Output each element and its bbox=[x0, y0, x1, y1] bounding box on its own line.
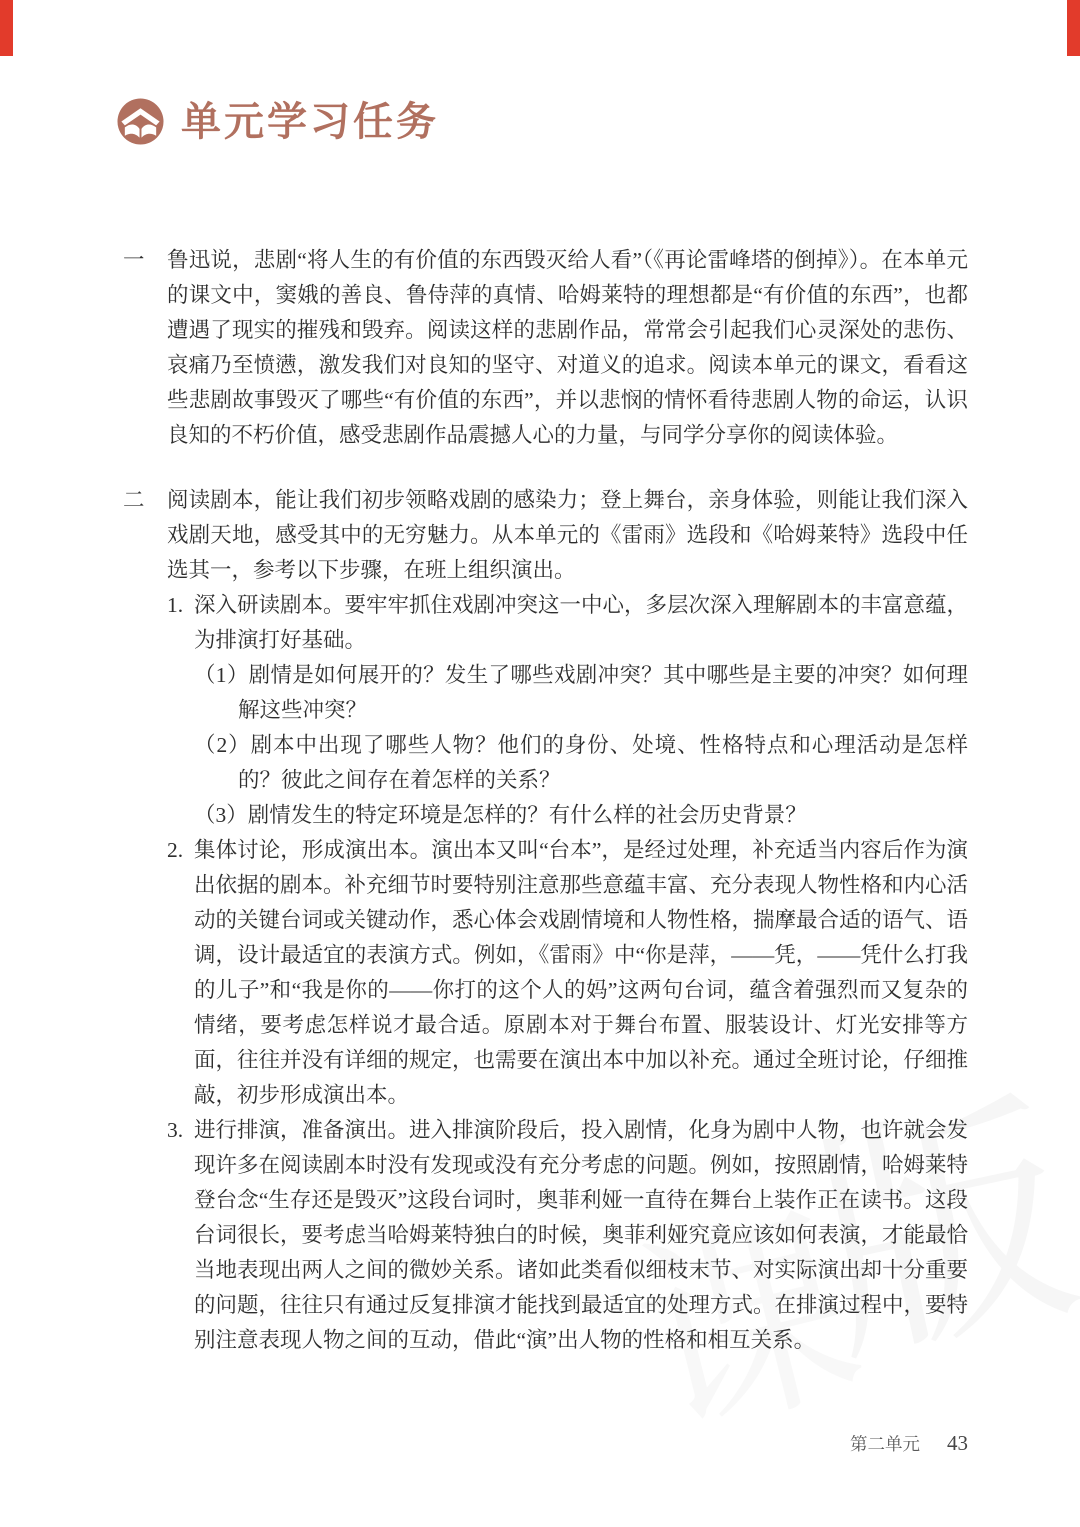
question-number: （2） bbox=[194, 733, 251, 757]
page-corner-red-mark-left bbox=[0, 0, 13, 56]
question-number: （3） bbox=[194, 803, 248, 827]
step-number: 2. bbox=[167, 833, 183, 868]
open-book-logo-icon bbox=[117, 98, 164, 145]
step-number: 3. bbox=[167, 1113, 183, 1148]
step-item-1: 1.深入研读剧本。要牢牢抓住戏剧冲突这一中心，多层次深入理解剧本的丰富意蕴，为排… bbox=[167, 588, 968, 833]
question-number: （1） bbox=[194, 663, 249, 687]
question-item-3: （3）剧情发生的特定环境是怎样的？有什么样的社会历史背景？ bbox=[194, 798, 968, 833]
task-text: 鲁迅说，悲剧“将人生的有价值的东西毁灭给人看”（《再论雷峰塔的倒掉》）。在本单元… bbox=[167, 243, 968, 453]
question-text: 剧情发生的特定环境是怎样的？有什么样的社会历史背景？ bbox=[248, 803, 807, 827]
step-text: 进行排演，准备演出。进入排演阶段后，投入剧情，化身为剧中人物，也许就会发现许多在… bbox=[194, 1118, 968, 1352]
section-header: 单元学习任务 bbox=[117, 98, 439, 145]
question-item-2: （2）剧本中出现了哪些人物？他们的身份、处境、性格特点和心理活动是怎样的？彼此之… bbox=[194, 728, 968, 798]
step-item-2: 2.集体讨论，形成演出本。演出本又叫“台本”，是经过处理，补充适当内容后作为演出… bbox=[167, 833, 968, 1113]
task-number: 二 bbox=[123, 483, 145, 518]
task-item-1: 一 鲁迅说，悲剧“将人生的有价值的东西毁灭给人看”（《再论雷峰塔的倒掉》）。在本… bbox=[123, 243, 968, 453]
question-item-1: （1）剧情是如何展开的？发生了哪些戏剧冲突？其中哪些是主要的冲突？如何理解这些冲… bbox=[194, 658, 968, 728]
step-text: 集体讨论，形成演出本。演出本又叫“台本”，是经过处理，补充适当内容后作为演出依据… bbox=[194, 838, 968, 1107]
step-number: 1. bbox=[167, 588, 183, 623]
page-footer: 第二单元43 bbox=[123, 1430, 968, 1457]
step-text: 深入研读剧本。要牢牢抓住戏剧冲突这一中心，多层次深入理解剧本的丰富意蕴，为排演打… bbox=[194, 593, 968, 652]
question-text: 剧本中出现了哪些人物？他们的身份、处境、性格特点和心理活动是怎样的？彼此之间存在… bbox=[238, 733, 968, 792]
step-item-3: 3.进行排演，准备演出。进入排演阶段后，投入剧情，化身为剧中人物，也许就会发现许… bbox=[167, 1113, 968, 1358]
page-title: 单元学习任务 bbox=[181, 102, 439, 142]
task-number: 一 bbox=[123, 243, 145, 278]
task-item-2: 二 阅读剧本，能让我们初步领略戏剧的感染力；登上舞台，亲身体验，则能让我们深入戏… bbox=[123, 483, 968, 1358]
unit-label: 第二单元 bbox=[850, 1434, 920, 1454]
question-text: 剧情是如何展开的？发生了哪些戏剧冲突？其中哪些是主要的冲突？如何理解这些冲突？ bbox=[238, 663, 968, 722]
textbook-page: 版 课 单元学习任务 一 鲁迅说，悲剧“将人生的有价值的东西毁灭给人看”（《再论… bbox=[0, 0, 1080, 1527]
task-list: 一 鲁迅说，悲剧“将人生的有价值的东西毁灭给人看”（《再论雷峰塔的倒掉》）。在本… bbox=[123, 243, 968, 1358]
page-number: 43 bbox=[947, 1431, 968, 1455]
page-corner-red-mark-right bbox=[1067, 0, 1080, 56]
question-list: （1）剧情是如何展开的？发生了哪些戏剧冲突？其中哪些是主要的冲突？如何理解这些冲… bbox=[194, 658, 968, 833]
step-list: 1.深入研读剧本。要牢牢抓住戏剧冲突这一中心，多层次深入理解剧本的丰富意蕴，为排… bbox=[167, 588, 968, 1358]
task-text: 阅读剧本，能让我们初步领略戏剧的感染力；登上舞台，亲身体验，则能让我们深入戏剧天… bbox=[167, 483, 968, 588]
